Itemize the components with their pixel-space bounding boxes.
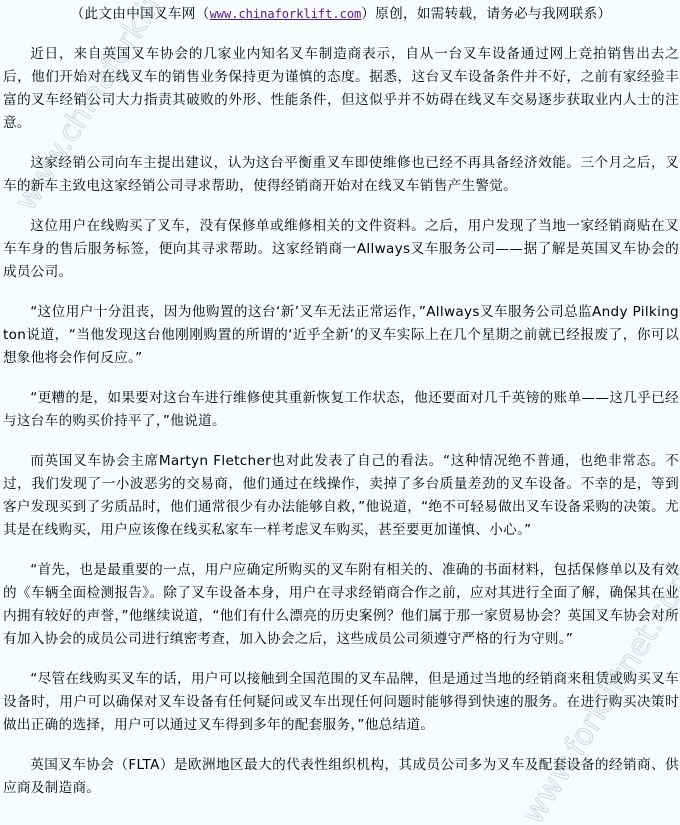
article: （此文由中国叉车网（www.chinaforklift.com）原创，如需转载，… — [3, 3, 679, 817]
article-paragraph-1: 近日，来自英国叉车协会的几家业内知名叉车制造商表示，自从一台叉车设备通过网上竞拍… — [3, 43, 679, 135]
source-note: （此文由中国叉车网（www.chinaforklift.com）原创，如需转载，… — [3, 3, 679, 26]
article-paragraph-6: 而英国叉车协会主席Martyn Fletcher也对此发表了自己的看法。“这种情… — [3, 450, 679, 542]
source-note-prefix: （此文由中国叉车网（ — [71, 6, 210, 22]
article-paragraph-7: “首先，也是最重要的一点，用户应确定所购买的叉车附有相关的、准确的书面材料，包括… — [3, 559, 679, 651]
article-paragraph-2: 这家经销公司向车主提出建议，认为这台平衡重叉车即使维修也已经不再具备经济效能。三… — [3, 152, 679, 198]
source-link[interactable]: www.chinaforklift.com — [210, 7, 362, 21]
article-paragraph-8: “尽管在线购买叉车的话，用户可以接触到全国范围的叉车品牌，但是通过当地的经销商来… — [3, 668, 679, 737]
article-paragraph-4: “这位用户十分沮丧，因为他购置的这台‘新’叉车无法正常运作，”Allways叉车… — [3, 301, 679, 370]
article-paragraph-9: 英国叉车协会（FLTA）是欧洲地区最大的代表性组织机构，其成员公司多为叉车及配套… — [3, 754, 679, 800]
article-paragraph-3: 这位用户在线购买了叉车，没有保修单或维修相关的文件资料。之后，用户发现了当地一家… — [3, 215, 679, 284]
article-paragraph-5: “更糟的是，如果要对这台车进行维修使其重新恢复工作状态，他还要面对几千英镑的账单… — [3, 387, 679, 433]
source-note-suffix: ）原创，如需转载，请务必与我网联系） — [361, 6, 611, 22]
